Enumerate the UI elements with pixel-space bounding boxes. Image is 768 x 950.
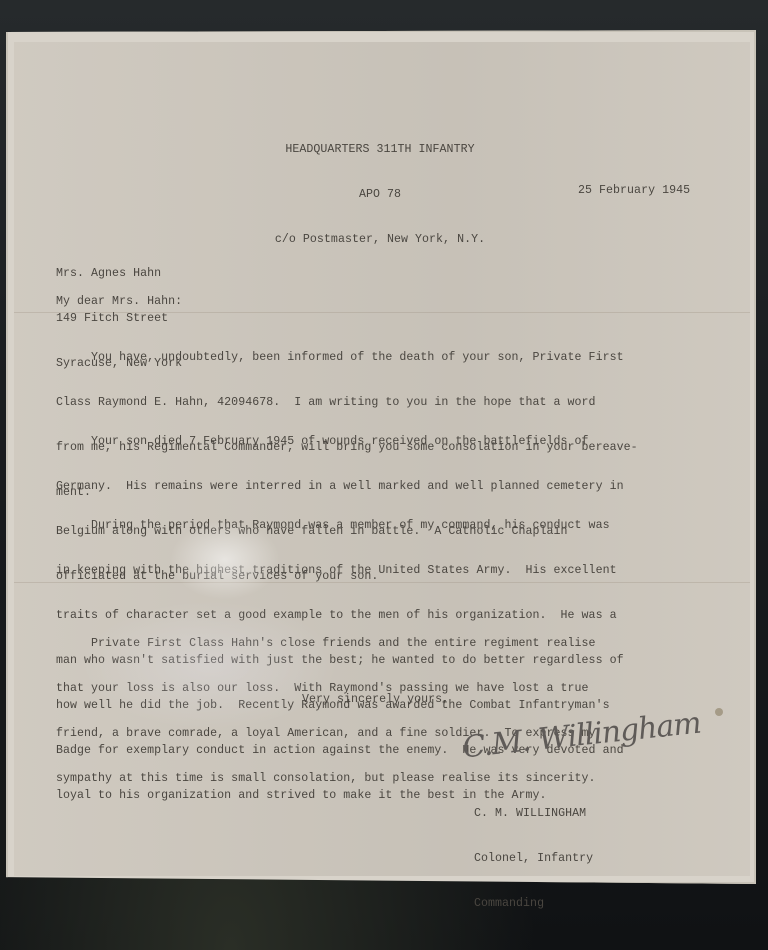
paper-stain xyxy=(715,708,723,716)
paragraph-line: During the period that Raymond was a mem… xyxy=(56,518,624,533)
signer-role: Commanding xyxy=(474,896,593,911)
letterhead-unit: HEADQUARTERS 311TH INFANTRY xyxy=(250,142,510,157)
signer-name: C. M. WILLINGHAM xyxy=(474,806,593,821)
paragraph-line: Private First Class Hahn's close friends… xyxy=(56,636,596,651)
paragraph-line: You have, undoubtedly, been informed of … xyxy=(56,350,638,365)
paragraph-line: in keeping with the highest traditions o… xyxy=(56,563,624,578)
recipient-name: Mrs. Agnes Hahn xyxy=(56,266,182,281)
letterhead-apo: APO 78 xyxy=(250,187,510,202)
complimentary-close: Very sincerely yours, xyxy=(302,692,449,707)
salutation: My dear Mrs. Hahn: xyxy=(56,294,182,309)
letterhead: HEADQUARTERS 311TH INFANTRY APO 78 c/o P… xyxy=(250,112,510,262)
signer-rank: Colonel, Infantry xyxy=(474,851,593,866)
signature-block: C. M. WILLINGHAM Colonel, Infantry Comma… xyxy=(474,776,593,926)
paragraph-line: Your son died 7 February 1945 of wounds … xyxy=(56,434,624,449)
letter-date: 25 February 1945 xyxy=(578,183,690,198)
letterhead-postmaster: c/o Postmaster, New York, N.Y. xyxy=(250,232,510,247)
